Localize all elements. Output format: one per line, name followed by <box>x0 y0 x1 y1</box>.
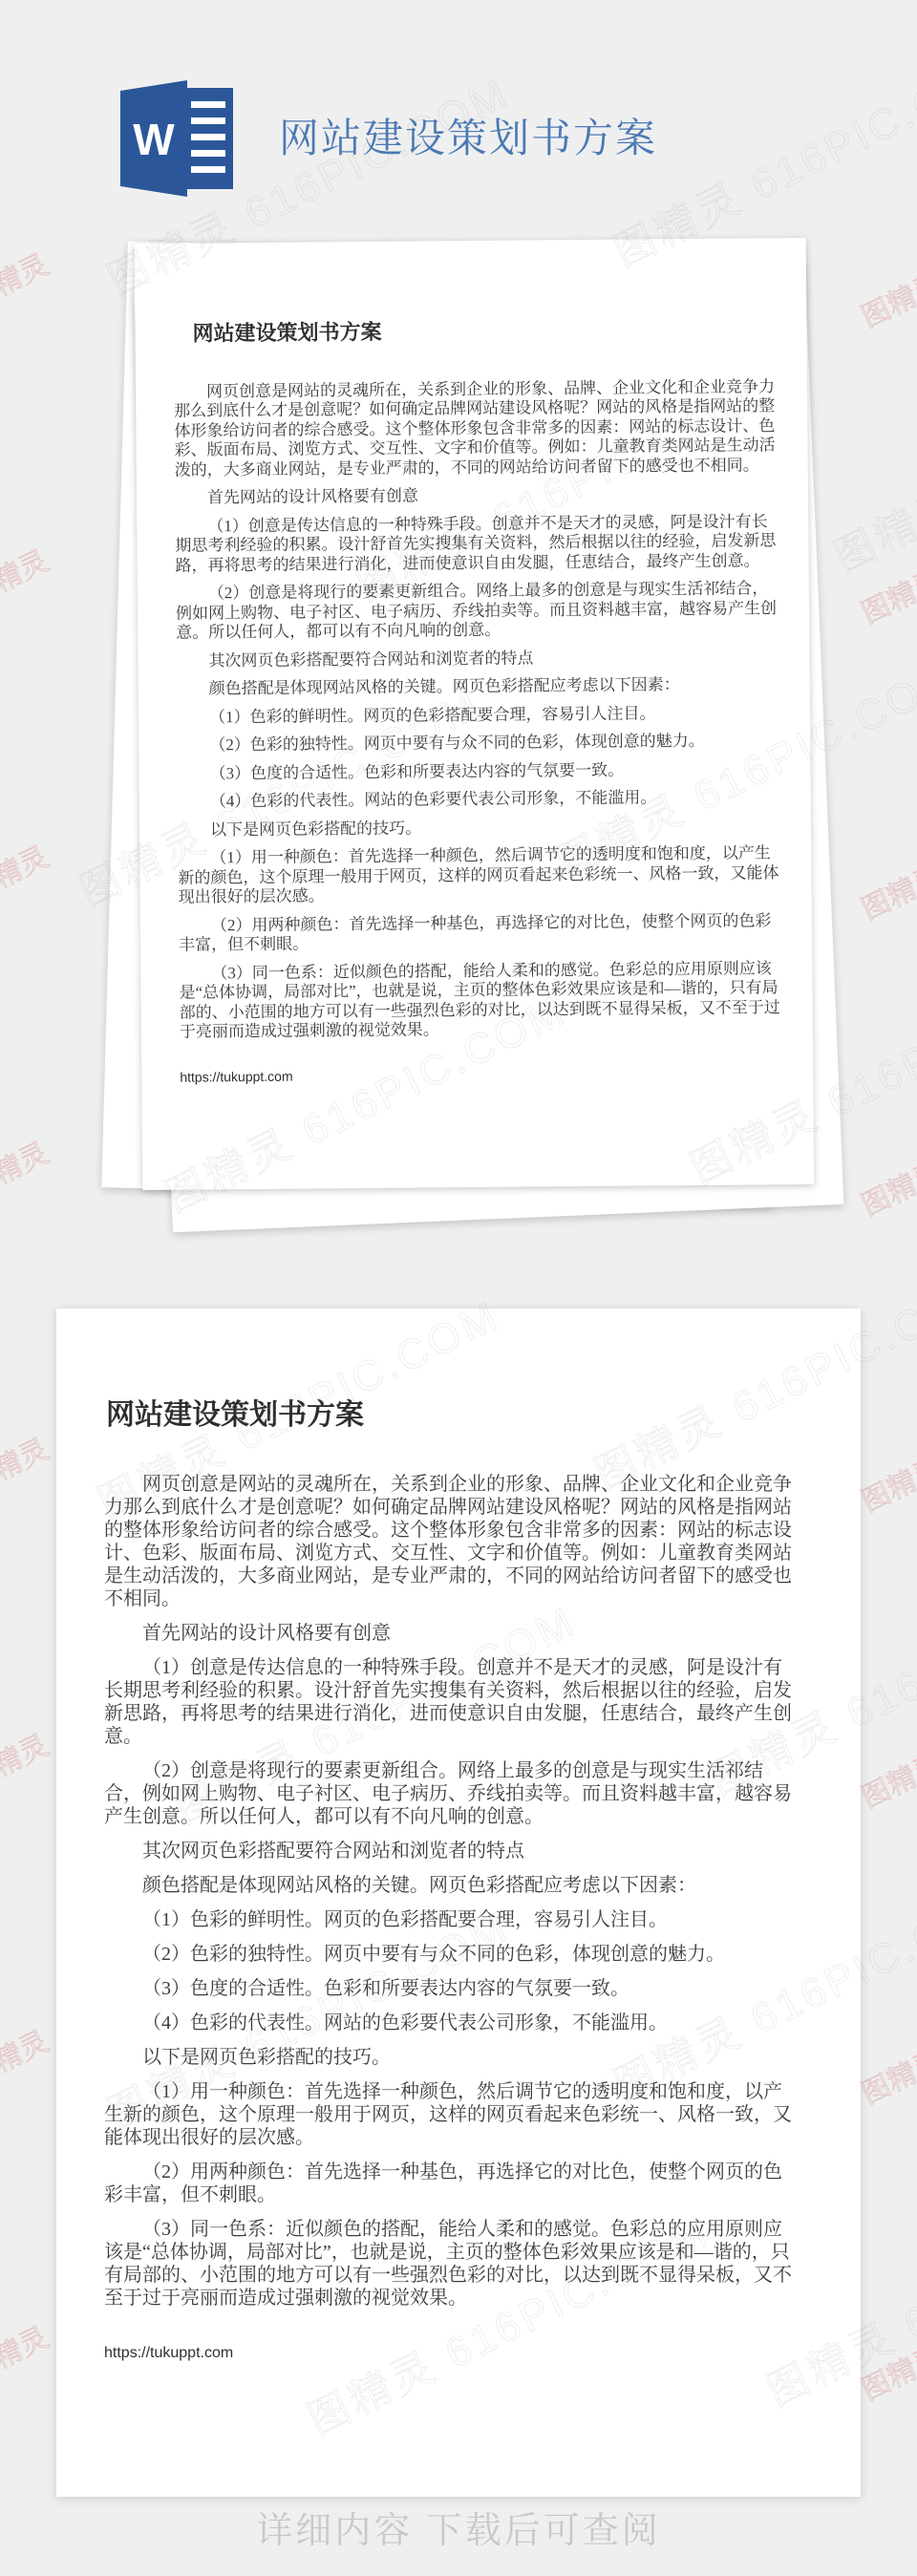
watermark-edge-text: 图精灵 <box>0 537 54 612</box>
doc-paragraph: （3）同一色系：近似颜色的搭配，能给人柔和的感觉。色彩总的应用原则应该是“总体协… <box>104 2218 799 2310</box>
watermark-edge-text: 图精灵 <box>853 260 917 335</box>
watermark-edge-text: 图精灵 <box>853 852 917 927</box>
doc-paragraph: 首先网站的设计风格要有创意 <box>104 1622 799 1645</box>
doc-paragraph: 颜色搭配是体现网站风格的关键。网页色彩搭配应考虑以下因素： <box>104 1874 799 1897</box>
watermark-edge-text: 图精灵 <box>0 1721 54 1797</box>
doc-paragraph: （2）用两种颜色：首先选择一种基色，再选择它的对比色，使整个网页的色彩丰富，但不… <box>179 911 779 955</box>
watermark-edge-text: 图精灵 <box>853 1444 917 1520</box>
watermark-edge-text: 图精灵 <box>0 1425 54 1501</box>
watermark-edge-text: 图精灵 <box>0 2313 54 2389</box>
doc-paragraph: （2）创意是将现行的要素更新组合。网络上最多的创意是与现实生活祁结合，例如网上购… <box>104 1759 799 1828</box>
doc-paragraph: （3）色度的合适性。色彩和所要表达内容的气氛要一致。 <box>177 759 778 784</box>
doc-paragraph: 首先网站的设计风格要有创意 <box>175 483 776 508</box>
watermark-text: 图精灵 616PIC.COM <box>821 336 917 585</box>
doc-paragraph: （1）创意是传达信息的一种特殊手段。创意并不是天才的灵感，阿是设汁有长期思考利经… <box>175 512 777 576</box>
doc-paragraph: （3）同一色系：近似颜色的搭配，能给人柔和的感觉。色彩总的应用原则应该是“总体协… <box>179 959 780 1042</box>
page-root: { "page": { "background": "#efefef" }, "… <box>0 0 917 2576</box>
document-body: 网页创意是网站的灵魂所在，关系到企业的形象、品牌、企业文化和企业竞争力那么到底什… <box>104 1473 799 2310</box>
watermark-edge-text: 图精灵 <box>853 556 917 631</box>
watermark-edge-text: 图精灵 <box>853 1148 917 1224</box>
doc-paragraph: （1）色彩的鲜明性。网页的色彩搭配要合理，容易引人注目。 <box>104 1908 799 1931</box>
word-icon-letter: W <box>133 114 174 165</box>
download-hint: 详细内容 下载后可查阅 <box>0 2501 917 2553</box>
watermark-edge-text: 图精灵 <box>853 1740 917 1816</box>
document-title: 网站建设策划书方案 <box>106 1404 799 1427</box>
doc-paragraph: 其次网页色彩搭配要符合网站和浏览者的特点 <box>104 1840 799 1863</box>
doc-paragraph: （4）色彩的代表性。网站的色彩要代表公司形象，不能滥用。 <box>178 787 778 812</box>
word-icon-doc-lines <box>191 101 225 176</box>
doc-paragraph: 以下是网页色彩搭配的技巧。 <box>178 816 778 841</box>
document-preview-small[interactable]: 网站建设策划书方案 网页创意是网站的灵魂所在，关系到企业的形象、品牌、企业文化和… <box>135 238 815 1190</box>
watermark-edge-text: 图精灵 <box>853 2332 917 2408</box>
watermark-edge-text: 图精灵 <box>0 833 54 908</box>
doc-paragraph: （2）用两种颜色：首先选择一种基色，再选择它的对比色，使整个网页的色彩丰富，但不… <box>104 2161 799 2206</box>
doc-paragraph: （4）色彩的代表性。网站的色彩要代表公司形象，不能滥用。 <box>104 2012 799 2034</box>
page-title: 网站建设策划书方案 <box>279 107 657 164</box>
doc-paragraph: 其次网页色彩搭配要符合网站和浏览者的特点 <box>176 647 777 671</box>
doc-paragraph: 网页创意是网站的灵魂所在，关系到企业的形象、品牌、企业文化和企业竞争力那么到底什… <box>174 377 776 480</box>
doc-paragraph: （2）色彩的独特性。网页中要有与众不同的色彩，体现创意的魅力。 <box>104 1943 799 1966</box>
doc-paragraph: 网页创意是网站的灵魂所在，关系到企业的形象、品牌、企业文化和企业竞争力那么到底什… <box>104 1473 799 1610</box>
watermark-edge-text: 图精灵 <box>0 241 54 316</box>
document-link: https://tukuppt.com <box>104 2342 799 2365</box>
doc-paragraph: （3）色度的合适性。色彩和所要表达内容的气氛要一致。 <box>104 1977 799 2000</box>
word-icon: W <box>120 80 233 197</box>
doc-paragraph: （1）用一种颜色：首先选择一种颜色，然后调节它的透明度和饱和度，以产生新的颜色，… <box>178 843 779 907</box>
document-title: 网站建设策划书方案 <box>192 319 774 344</box>
site-header: W 网站建设策划书方案 <box>0 0 917 248</box>
doc-paragraph: （1）创意是传达信息的一种特殊手段。创意并不是天才的灵感，阿是设汁有长期思考利经… <box>104 1656 799 1748</box>
doc-paragraph: （1）色彩的鲜明性。网页的色彩搭配要合理，容易引人注目。 <box>177 703 778 728</box>
doc-paragraph: 以下是网页色彩搭配的技巧。 <box>104 2046 799 2069</box>
doc-paragraph: （1）用一种颜色：首先选择一种颜色，然后调节它的透明度和饱和度，以产生新的颜色，… <box>104 2080 799 2149</box>
watermark-edge-text: 图精灵 <box>0 2017 54 2093</box>
watermark-edge-text: 图精灵 <box>853 2036 917 2112</box>
watermark-edge-text: 图精灵 <box>0 1129 54 1204</box>
doc-paragraph: （2）色彩的独特性。网页中要有与众不同的色彩，体现创意的魅力。 <box>177 731 778 756</box>
doc-paragraph: （2）创意是将现行的要素更新组合。网络上最多的创意是与现实生活祁结合，例如网上购… <box>176 579 778 643</box>
doc-paragraph: 颜色搭配是体现网站风格的关键。网页色彩搭配应考虑以下因素： <box>177 674 778 699</box>
document-link: https://tukuppt.com <box>180 1062 780 1087</box>
word-icon-flap: W <box>120 80 187 197</box>
document-body: 网页创意是网站的灵魂所在，关系到企业的形象、品牌、企业文化和企业竞争力那么到底什… <box>174 377 780 1042</box>
document-preview-large[interactable]: 网站建设策划书方案 网页创意是网站的灵魂所在，关系到企业的形象、品牌、企业文化和… <box>56 1309 861 2497</box>
word-icon-document <box>181 88 233 189</box>
